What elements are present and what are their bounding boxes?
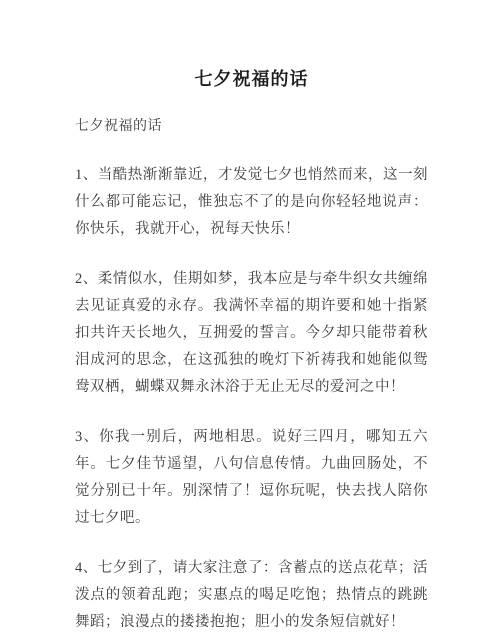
paragraph-1: 1、当酷热渐渐靠近，才发觉七夕也悄然而来，这一刻什么都可能忘记，惟独忘不了的是向… bbox=[75, 162, 428, 243]
document-page: 七夕祝福的话 七夕祝福的话 1、当酷热渐渐靠近，才发觉七夕也悄然而来，这一刻什么… bbox=[0, 0, 500, 637]
paragraph-3: 3、你我一别后，两地相思。说好三四月，哪知五六年。七夕佳节遥望，八句信息传情。九… bbox=[75, 424, 428, 532]
paragraph-4: 4、七夕到了，请大家注意了：含蓄点的送点花草；活泼点的领着乱跑；实惠点的喝足吃饱… bbox=[75, 555, 428, 636]
paragraph-2: 2、柔情似水，佳期如梦，我本应是与牵牛织女共缠绵去见证真爱的永存。我满怀幸福的期… bbox=[75, 266, 428, 401]
document-title: 七夕祝福的话 bbox=[75, 68, 428, 90]
document-subtitle: 七夕祝福的话 bbox=[75, 117, 428, 137]
